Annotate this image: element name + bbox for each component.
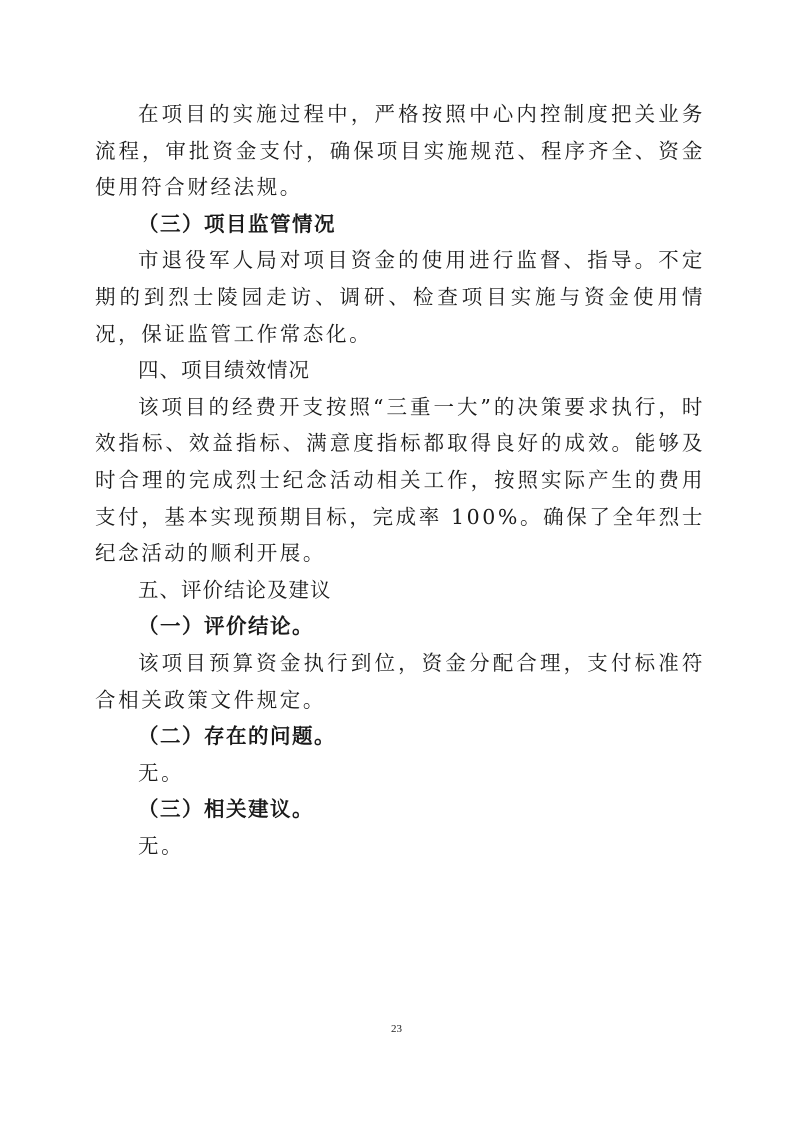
paragraph-performance: 该项目的经费开支按照“三重一大”的决策要求执行，时效指标、效益指标、满意度指标都…: [95, 389, 705, 572]
heading-conclusion-suggestions: 五、评价结论及建议: [95, 572, 705, 609]
subheading-existing-problems: （二）存在的问题。: [95, 718, 705, 755]
subheading-project-supervision: （三）项目监管情况: [95, 206, 705, 243]
paragraph-related-suggestions: 无。: [95, 828, 705, 865]
subheading-evaluation-conclusion: （一）评价结论。: [95, 608, 705, 645]
paragraph-implementation-process: 在项目的实施过程中，严格按照中心内控制度把关业务流程，审批资金支付，确保项目实施…: [95, 96, 705, 206]
paragraph-existing-problems: 无。: [95, 755, 705, 792]
paragraph-evaluation-conclusion: 该项目预算资金执行到位，资金分配合理，支付标准符合相关政策文件规定。: [95, 645, 705, 718]
heading-performance: 四、项目绩效情况: [95, 352, 705, 389]
document-page: 在项目的实施过程中，严格按照中心内控制度把关业务流程，审批资金支付，确保项目实施…: [95, 96, 705, 864]
paragraph-supervision: 市退役军人局对项目资金的使用进行监督、指导。不定期的到烈士陵园走访、调研、检查项…: [95, 242, 705, 352]
subheading-related-suggestions: （三）相关建议。: [95, 791, 705, 828]
page-number: 23: [0, 1023, 793, 1035]
